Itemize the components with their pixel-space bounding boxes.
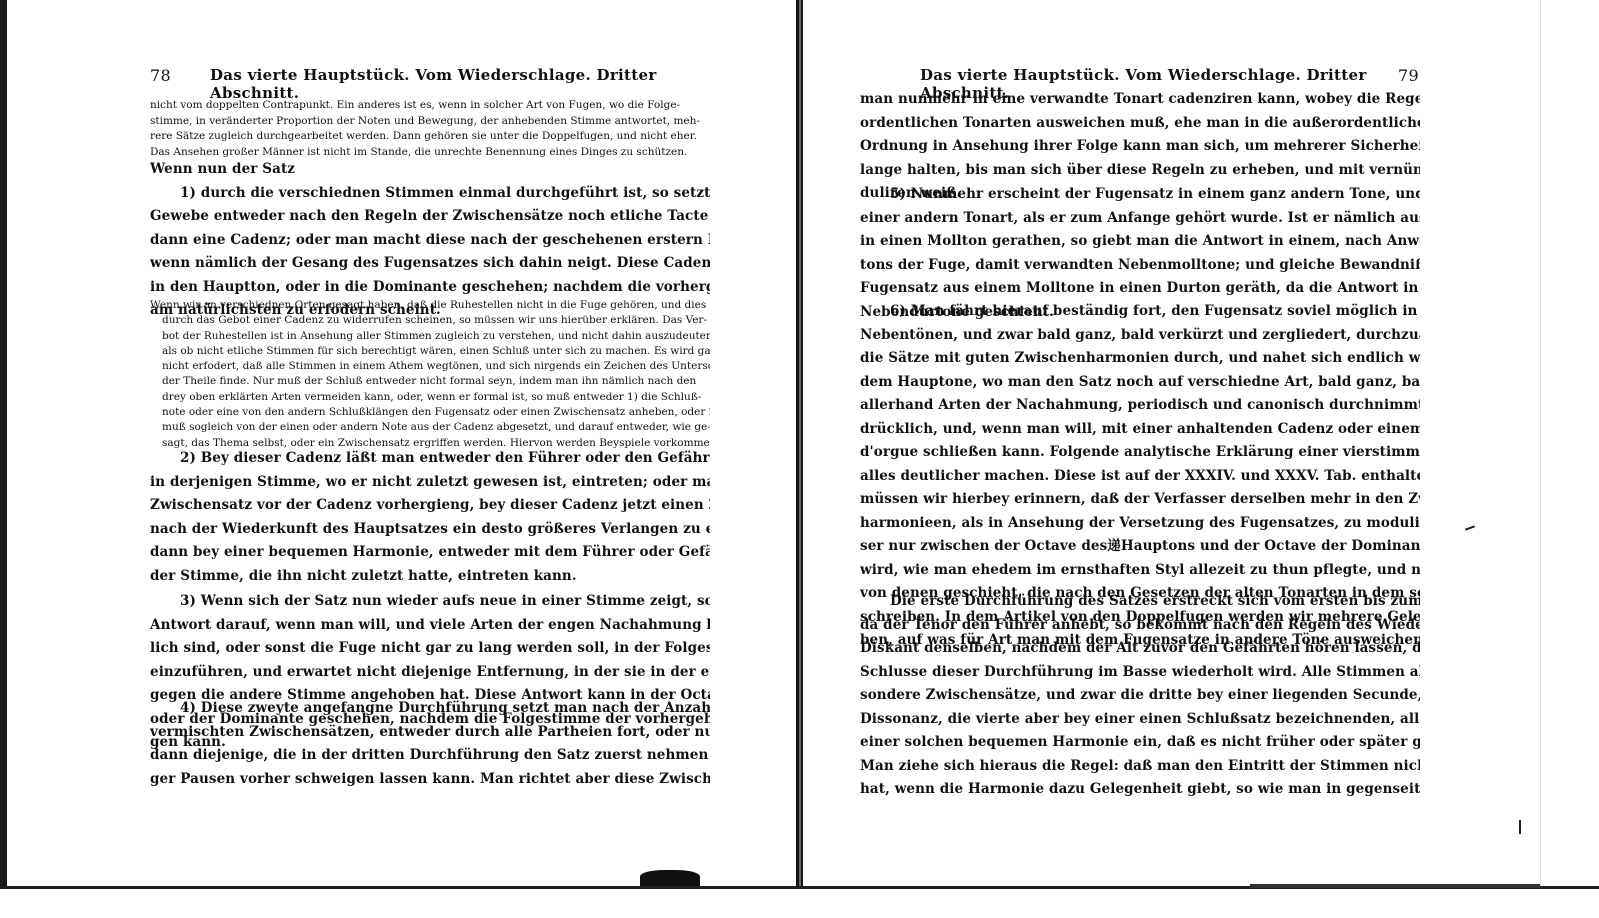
text-line: 1) durch die verschiednen Stimmen einmal…	[150, 182, 710, 206]
running-head-title: Das vierte Hauptstück. Vom Wiederschlage…	[210, 66, 710, 102]
text-line: 5) Nunmehr erscheint der Fugensatz in ei…	[860, 183, 1420, 207]
book-gutter-highlight	[799, 0, 801, 888]
text-line: Diskant denselben, nachdem der Alt zuvor…	[860, 637, 1420, 661]
text-line: müssen wir hierbey erinnern, daß der Ver…	[860, 488, 1420, 512]
text-line: die Sätze mit guten Zwischenharmonien du…	[860, 347, 1420, 371]
text-line: nach der Wiederkunft des Hauptsatzes ein…	[150, 518, 710, 542]
paragraph-7: Die erste Durchführung des Satzes erstre…	[860, 590, 1420, 802]
text-line: Fugensatz aus einem Molltone in einen Du…	[860, 277, 1420, 301]
text-line: Wenn wir an verschiednen Orten gesagt ha…	[150, 298, 710, 313]
text-line: Nebentönen, und zwar bald ganz, bald ver…	[860, 324, 1420, 348]
text-line: Schlusse dieser Durchführung im Basse wi…	[860, 661, 1420, 685]
paragraph-2: 2) Bey dieser Cadenz läßt man entweder d…	[150, 447, 710, 588]
text-line: man nunmehr in eine verwandte Tonart cad…	[860, 88, 1420, 112]
text-line: einzuführen, und erwartet nicht diejenig…	[150, 661, 710, 685]
scan-speck	[1465, 525, 1475, 530]
text-line: lange halten, bis man sich über diese Re…	[860, 159, 1420, 183]
scan-left-edge	[0, 0, 7, 888]
text-line: d'orgue schließen kann. Folgende analyti…	[860, 441, 1420, 465]
text-line: durch das Gebot einer Cadenz zu widerruf…	[150, 313, 710, 328]
text-line: stimme, in veränderter Proportion der No…	[150, 114, 710, 130]
running-head: Das vierte Hauptstück. Vom Wiederschlage…	[860, 66, 1420, 88]
text-line: der Stimme, die ihn nicht zuletzt hatte,…	[150, 565, 710, 589]
footnote-continuation: nicht vom doppelten Contrapunkt. Ein and…	[150, 98, 710, 160]
left-page: 78 Das vierte Hauptstück. Vom Wiederschl…	[150, 0, 710, 888]
text-line: dem Hauptone, wo man den Satz noch auf v…	[860, 371, 1420, 395]
text-line: da der Tenor den Führer anhebt, so bekom…	[860, 614, 1420, 638]
text-line: Zwischensatz vor der Cadenz vorhergieng,…	[150, 494, 710, 518]
text-line: einer andern Tonart, als er zum Anfange …	[860, 207, 1420, 231]
text-line: nicht vom doppelten Contrapunkt. Ein and…	[150, 98, 710, 114]
text-line: ordentlichen Tonarten ausweichen muß, eh…	[860, 112, 1420, 136]
text-line: tons der Fuge, damit verwandten Nebenmol…	[860, 254, 1420, 278]
text-line: vermischten Zwischensätzen, entweder dur…	[150, 721, 710, 745]
text-line: dann bey einer bequemen Harmonie, entwed…	[150, 541, 710, 565]
text-line: wenn nämlich der Gesang des Fugensatzes …	[150, 252, 710, 276]
scan-right-edge	[1540, 0, 1541, 888]
text-line: nicht erfodert, daß alle Stimmen in eine…	[150, 359, 710, 374]
text-line: der Theile finde. Nur muß der Schluß ent…	[150, 374, 710, 389]
running-head: 78 Das vierte Hauptstück. Vom Wiederschl…	[150, 66, 710, 88]
text-line: sondere Zwischensätze, und zwar die drit…	[860, 684, 1420, 708]
text-line: ger Pausen vorher schweigen lassen kann.…	[150, 768, 710, 792]
text-line: harmonieen, als in Ansehung der Versetzu…	[860, 512, 1420, 536]
text-line: muß sogleich von der einen oder andern N…	[150, 420, 710, 435]
text-line: hat, wenn die Harmonie dazu Gelegenheit …	[860, 778, 1420, 802]
text-line: dann eine Cadenz; oder man macht diese n…	[150, 229, 710, 253]
page-number: 79	[1398, 66, 1419, 85]
text-line: Antwort darauf, wenn man will, und viele…	[150, 614, 710, 638]
text-line: Man ziehe sich hieraus die Regel: daß ma…	[860, 755, 1420, 779]
text-line: Dissonanz, die vierte aber bey einer ein…	[860, 708, 1420, 732]
text-line: in derjenigen Stimme, wo er nicht zuletz…	[150, 471, 710, 495]
text-line: lich sind, oder sonst die Fuge nicht gar…	[150, 637, 710, 661]
scan-speck	[1519, 820, 1521, 834]
text-line: Ordnung in Ansehung ihrer Folge kann man…	[860, 135, 1420, 159]
footnote: Wenn wir an verschiednen Orten gesagt ha…	[150, 298, 710, 451]
text-line: 6) Man fährt hierauf beständig fort, den…	[860, 300, 1420, 324]
text-line: note oder eine von den andern Schlußklän…	[150, 405, 710, 420]
paragraph-4: 4) Diese zweyte angefangne Durchführung …	[150, 697, 710, 791]
lead-in: Wenn nun der Satz	[150, 158, 710, 182]
text-line: in den Hauptton, oder in die Dominante g…	[150, 276, 710, 300]
text-line: Gewebe entweder nach den Regeln der Zwis…	[150, 205, 710, 229]
text-line: ser nur zwischen der Octave des递Hauptons…	[860, 535, 1420, 559]
text-line: bot der Ruhestellen ist in Ansehung alle…	[150, 329, 710, 344]
text-line: rere Sätze zugleich durchgearbeitet werd…	[150, 129, 710, 145]
text-line: 4) Diese zweyte angefangne Durchführung …	[150, 697, 710, 721]
text-line: dann diejenige, die in der dritten Durch…	[150, 744, 710, 768]
text-line: wird, wie man ehedem im ernsthaften Styl…	[860, 559, 1420, 583]
text-line: einer solchen bequemen Harmonie ein, daß…	[860, 731, 1420, 755]
right-page: Das vierte Hauptstück. Vom Wiederschlage…	[860, 0, 1420, 888]
text-line: drey oben erklärten Arten vermeiden kann…	[150, 390, 710, 405]
text-line: als ob nicht etliche Stimmen für sich be…	[150, 344, 710, 359]
text-line: alles deutlicher machen. Diese ist auf d…	[860, 465, 1420, 489]
text-line: in einen Mollton gerathen, so giebt man …	[860, 230, 1420, 254]
text-line: drücklich, und, wenn man will, mit einer…	[860, 418, 1420, 442]
text-line: 2) Bey dieser Cadenz läßt man entweder d…	[150, 447, 710, 471]
text-line: Die erste Durchführung des Satzes erstre…	[860, 590, 1420, 614]
page-number: 78	[150, 66, 171, 85]
text-line: allerhand Arten der Nachahmung, periodis…	[860, 394, 1420, 418]
text-line: 3) Wenn sich der Satz nun wieder aufs ne…	[150, 590, 710, 614]
